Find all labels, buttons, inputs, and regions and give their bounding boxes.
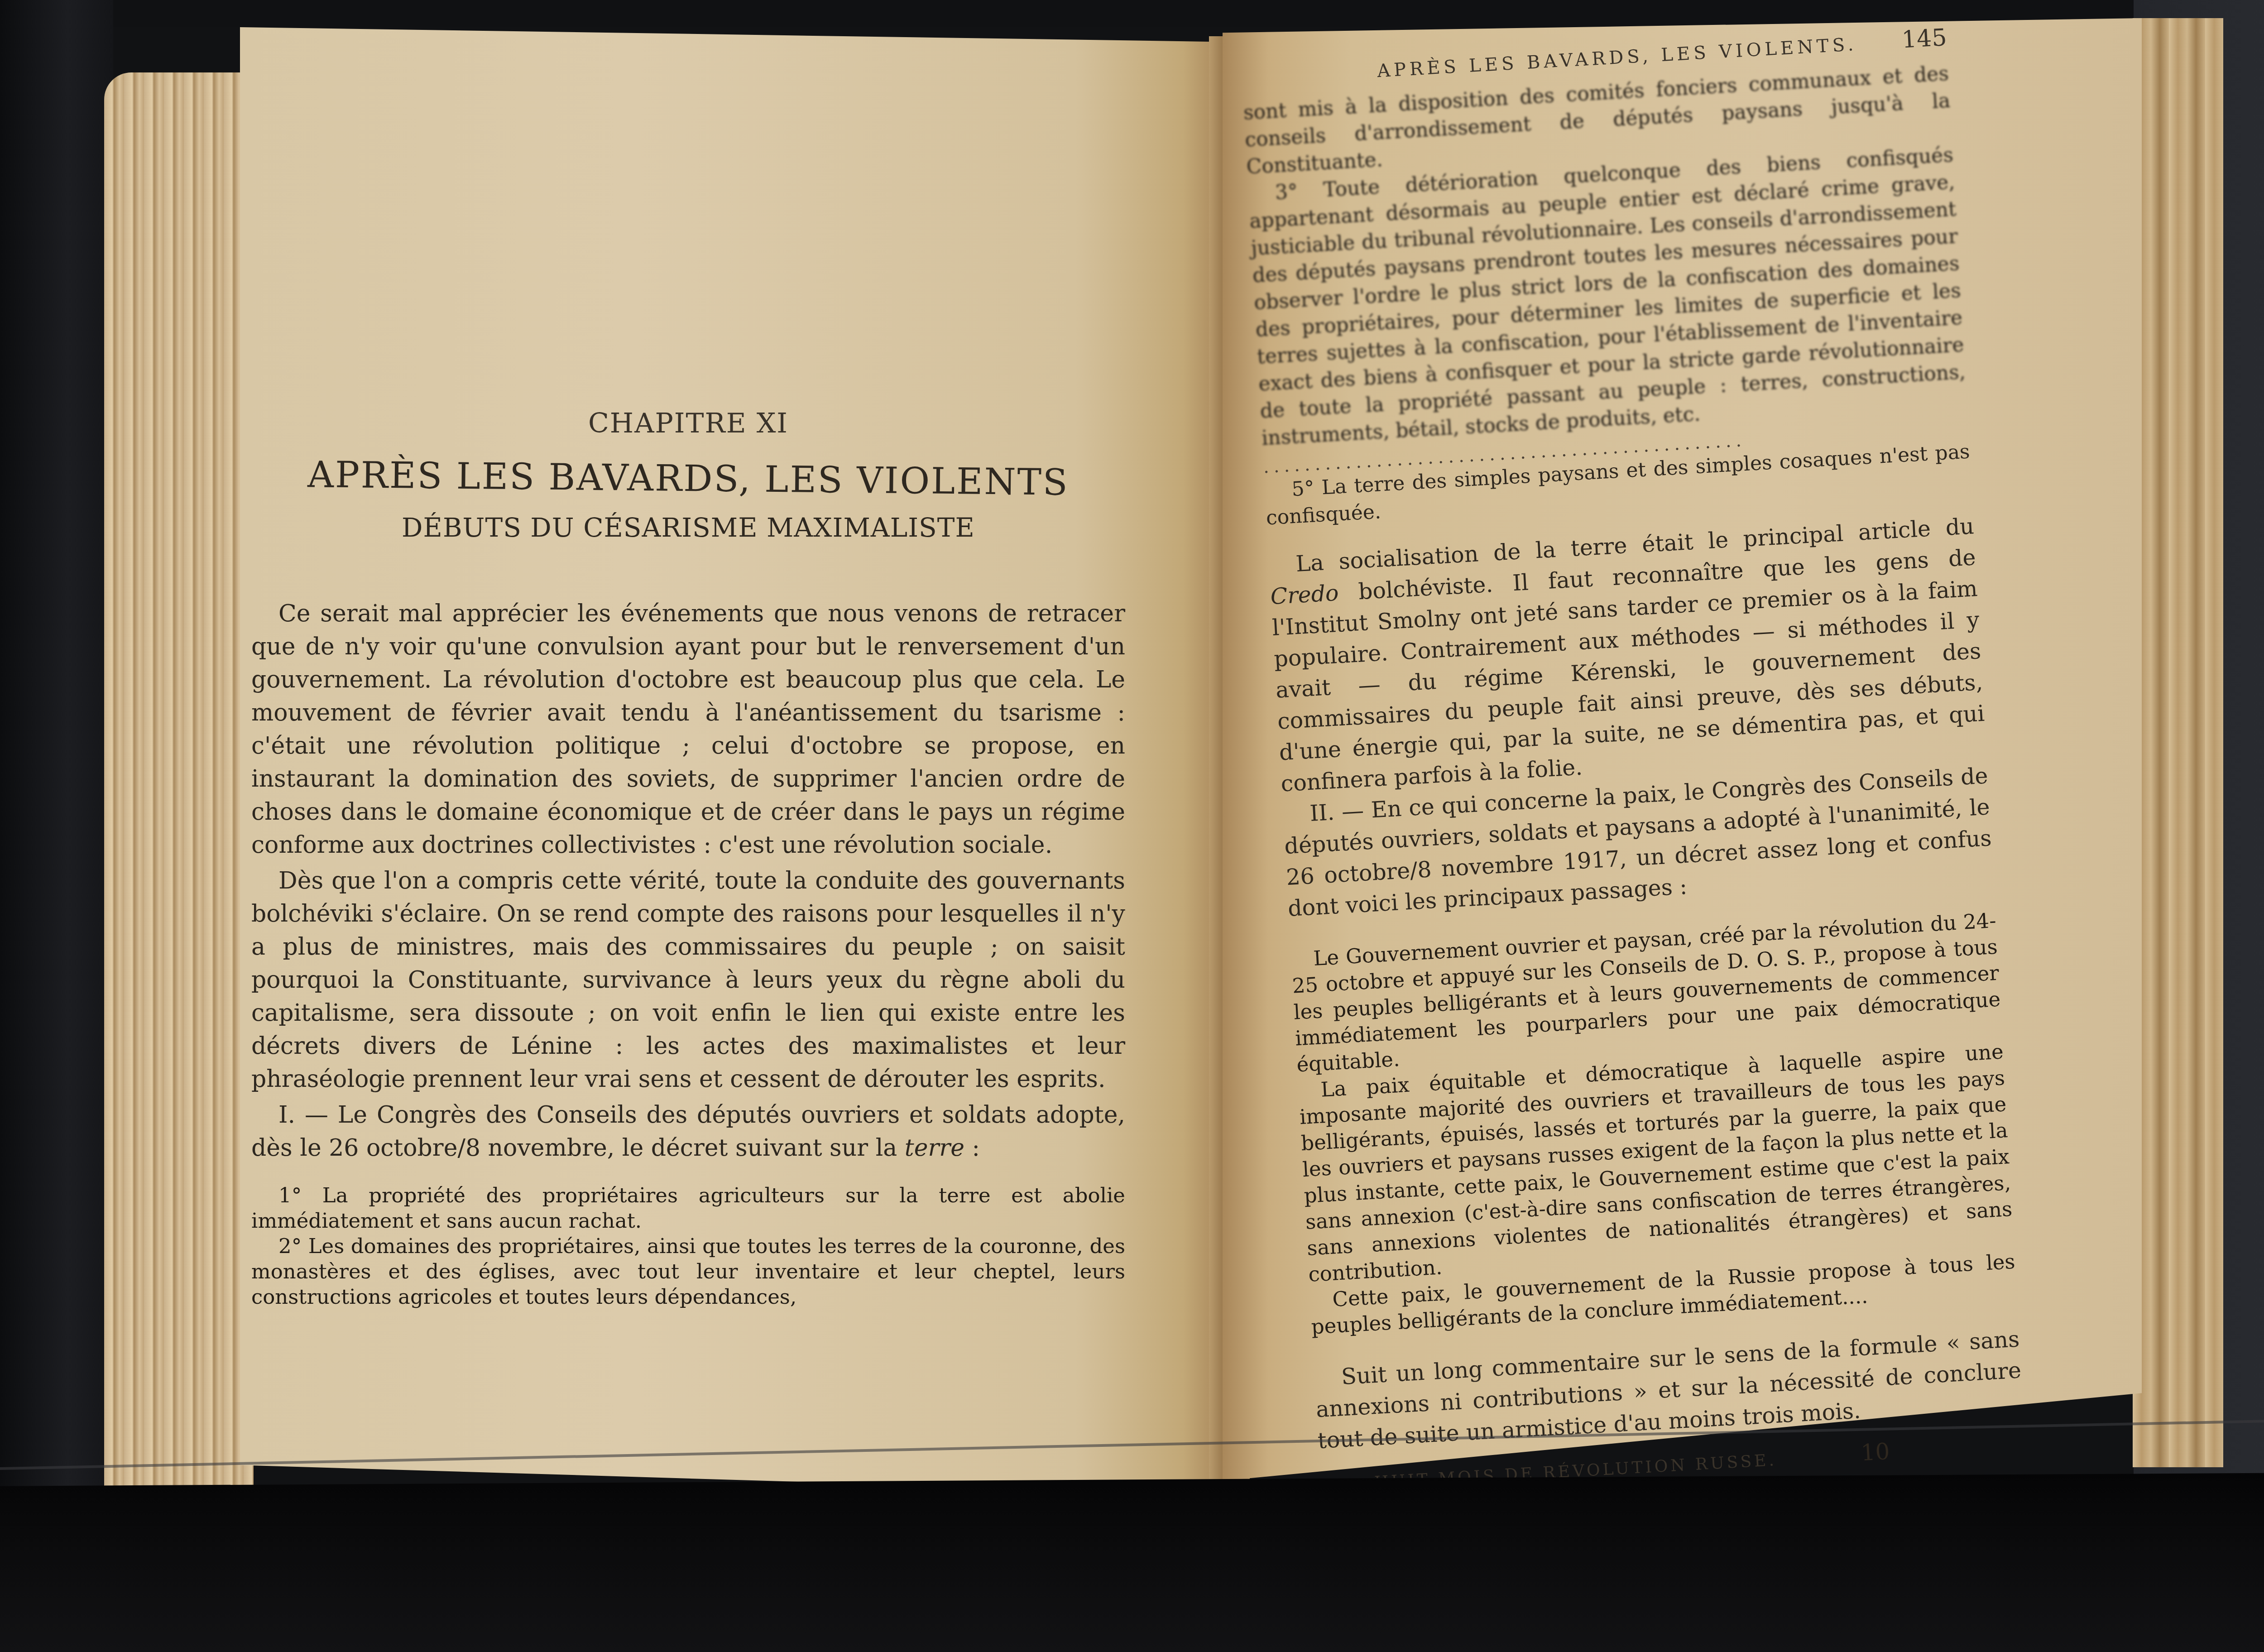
text: bolchéviste. Il faut reconnaître que les… xyxy=(1271,544,1985,797)
paragraph: Dès que l'on a compris cette vérité, tou… xyxy=(251,864,1125,1096)
decree-item: 1° La propriété des propriétaires agricu… xyxy=(251,1183,1125,1234)
punctuation: : xyxy=(964,1134,980,1162)
display-case-ledge xyxy=(0,1472,2264,1652)
decree-quote: 1° La propriété des propriétaires agricu… xyxy=(251,1183,1125,1310)
left-page-edges xyxy=(104,72,254,1490)
right-page-edges xyxy=(2133,18,2223,1467)
italic-word: Credo xyxy=(1270,580,1339,610)
decree-item: 2° Les domaines des propriétaires, ainsi… xyxy=(251,1234,1125,1310)
chapter-title: APRÈS LES BAVARDS, LES VIOLENTS xyxy=(251,453,1126,504)
signature-number: 10 xyxy=(1860,1438,1890,1466)
decree-item: 3° Toute détérioration quelconque des bi… xyxy=(1247,142,1968,452)
page-number: 145 xyxy=(1901,24,1947,53)
display-case-left-frame xyxy=(0,0,113,1652)
quote-paragraph: La paix équitable et démocratique à laqu… xyxy=(1297,1038,2014,1287)
paragraph-decree-intro: I. — Le Congrès des Conseils des députés… xyxy=(251,1099,1125,1165)
peace-decree-quote: Le Gouvernement ouvrier et paysan, créé … xyxy=(1290,908,2017,1340)
decree-intro-text: I. — Le Congrès des Conseils des députés… xyxy=(251,1101,1125,1162)
right-page-content: APRÈS LES BAVARDS, LES VIOLENTS. 145 son… xyxy=(1241,24,2026,1496)
left-page-content: CHAPITRE XI APRÈS LES BAVARDS, LES VIOLE… xyxy=(251,408,1125,1310)
chapter-subtitle: DÉBUTS DU CÉSARISME MAXIMALISTE xyxy=(251,512,1125,543)
paragraph: Ce serait mal apprécier les événements q… xyxy=(251,597,1125,862)
chapter-number: CHAPITRE XI xyxy=(251,408,1125,439)
paragraph-socialisation: La socialisation de la terre était le pr… xyxy=(1268,510,1987,799)
blurred-decree-continuation: sont mis à la disposition des comités fo… xyxy=(1242,60,1967,452)
italic-word: terre xyxy=(905,1134,964,1162)
